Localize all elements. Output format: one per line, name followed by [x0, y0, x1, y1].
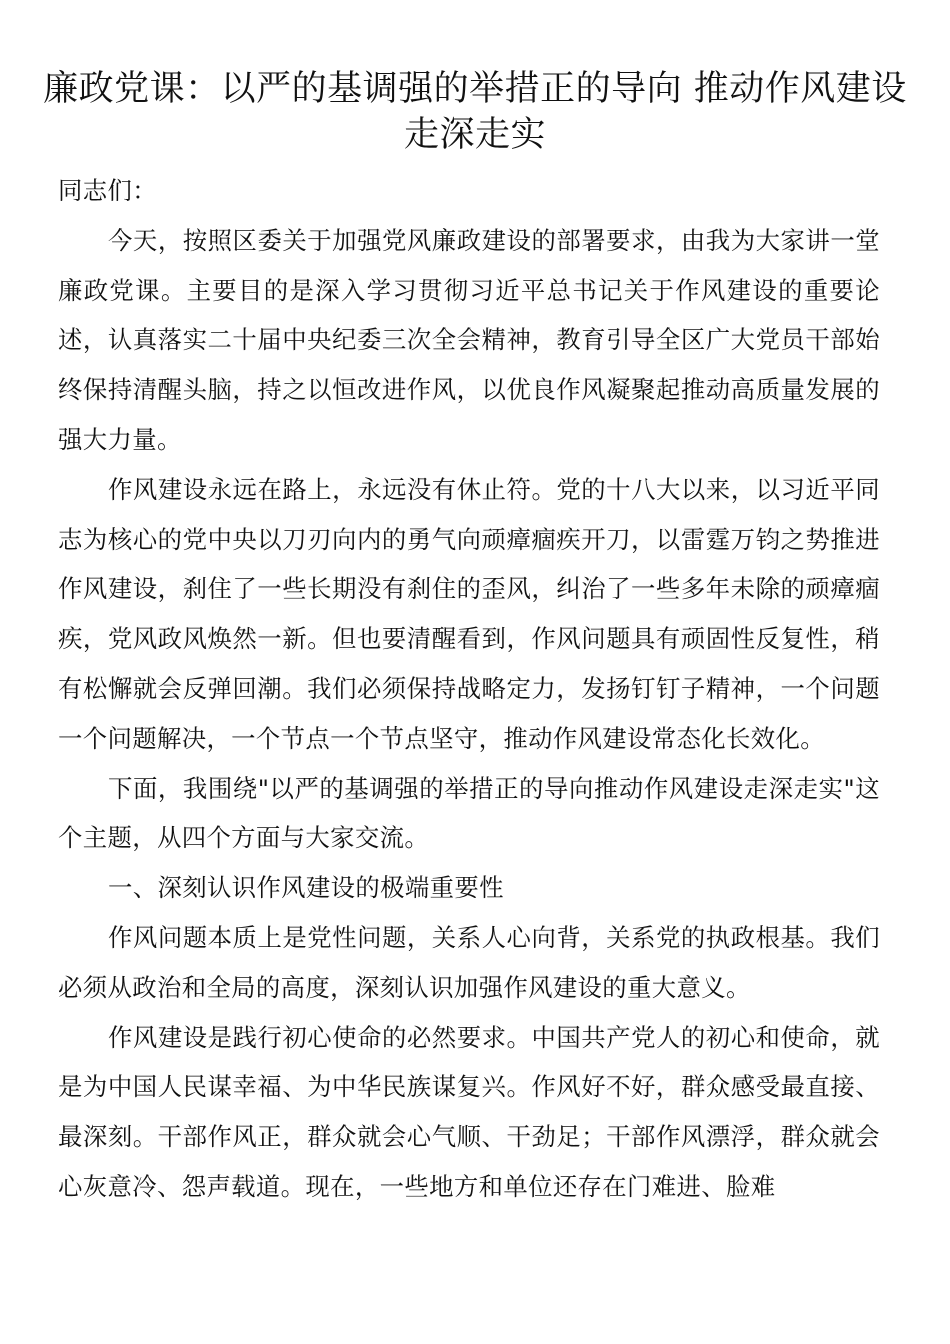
paragraph-section1-point1: 作风建设是践行初心使命的必然要求。中国共产党人的初心和使命，就是为中国人民谋幸福… [58, 1013, 880, 1212]
section-heading-1: 一、深刻认识作风建设的极端重要性 [58, 863, 880, 913]
document-title: 廉政党课：以严的基调强的举措正的导向 推动作风建设走深走实 [40, 66, 910, 158]
document-body: 同志们： 今天，按照区委关于加强党风廉政建设的部署要求，由我为大家讲一堂廉政党课… [58, 166, 880, 1212]
paragraph-context: 作风建设永远在路上，永远没有休止符。党的十八大以来，以习近平同志为核心的党中央以… [58, 465, 880, 764]
salutation: 同志们： [58, 166, 880, 216]
document-page: 廉政党课：以严的基调强的举措正的导向 推动作风建设走深走实 同志们： 今天，按照… [0, 0, 950, 1344]
paragraph-intro: 今天，按照区委关于加强党风廉政建设的部署要求，由我为大家讲一堂廉政党课。主要目的… [58, 216, 880, 465]
paragraph-outline: 下面，我围绕"以严的基调强的举措正的导向推动作风建设走深走实"这个主题，从四个方… [58, 764, 880, 864]
paragraph-section1-intro: 作风问题本质上是党性问题，关系人心向背，关系党的执政根基。我们必须从政治和全局的… [58, 913, 880, 1013]
